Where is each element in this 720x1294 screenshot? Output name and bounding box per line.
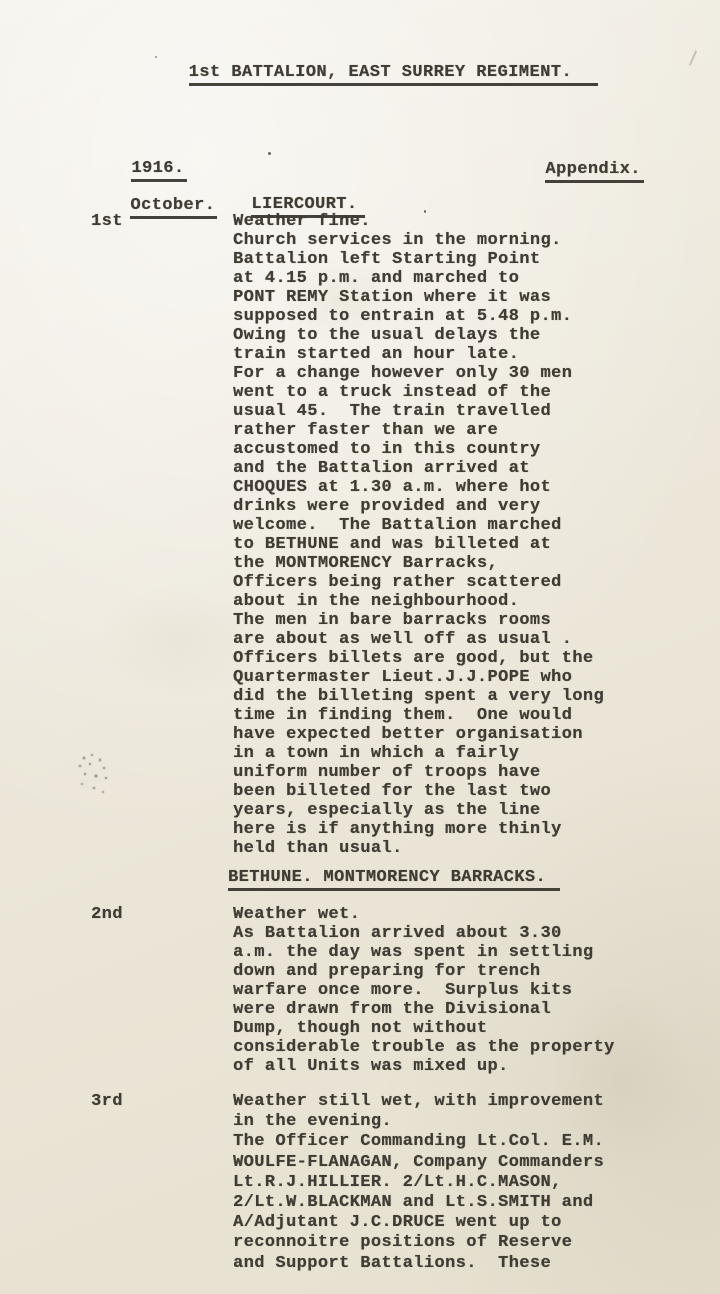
- entry-line: CHOQUES at 1.30 a.m. where hot: [233, 478, 604, 497]
- entry-line: have expected better organisation: [233, 725, 604, 744]
- entry-line: Battalion left Starting Point: [233, 250, 604, 269]
- entry-text-block: Weather still wet, with improvementin th…: [233, 1092, 604, 1274]
- month-text: October.: [130, 196, 217, 219]
- entry-line: uniform number of troops have: [233, 763, 604, 782]
- entry-line: supposed to entrain at 5.48 p.m.: [233, 307, 604, 326]
- document-title-text: 1st BATTALION, EAST SURREY REGIMENT.: [189, 63, 598, 86]
- entry-line: accustomed to in this country: [233, 440, 604, 459]
- document-title: 1st BATTALION, EAST SURREY REGIMENT.: [146, 44, 598, 105]
- entry-line: rather faster than we are: [233, 421, 604, 440]
- pencil-edge-mark: [689, 50, 697, 65]
- entry-line: Owing to the usual delays the: [233, 326, 604, 345]
- entry-line: down and preparing for trench: [233, 962, 615, 981]
- entry-line: Quartermaster Lieut.J.J.POPE who: [233, 668, 604, 687]
- entry-line: Weather fine.: [233, 212, 604, 231]
- entry-line: at 4.15 p.m. and marched to: [233, 269, 604, 288]
- entry-text-block: Weather fine.Church services in the morn…: [233, 212, 604, 858]
- entry-line: Weather wet.: [233, 905, 615, 924]
- entry-line: A/Adjutant J.C.DRUCE went up to: [233, 1213, 604, 1233]
- entry-line: PONT REMY Station where it was: [233, 288, 604, 307]
- entry-line: a.m. the day was spent in settling: [233, 943, 615, 962]
- entry-line: drinks were provided and very: [233, 497, 604, 516]
- entry-text-block: Weather wet.As Battalion arrived about 3…: [233, 905, 615, 1076]
- entry-line: about in the neighbourhood.: [233, 592, 604, 611]
- ink-speck: [268, 152, 271, 155]
- entry-line: Dump, though not without: [233, 1019, 615, 1038]
- entry-line: here is if anything more thinly: [233, 820, 604, 839]
- entry-line: As Battalion arrived about 3.30: [233, 924, 615, 943]
- entry-line: WOULFE-FLANAGAN, Company Commanders: [233, 1153, 604, 1173]
- entry-line: the MONTMORENCY Barracks,: [233, 554, 604, 573]
- entry-line: The men in bare barracks rooms: [233, 611, 604, 630]
- entry-line: train started an hour late.: [233, 345, 604, 364]
- entry-line: Officers billets are good, but the: [233, 649, 604, 668]
- entry-line: and Support Battalions. These: [233, 1254, 604, 1274]
- ink-speck: [155, 56, 157, 58]
- appendix-label: Appendix.: [503, 141, 644, 202]
- entry-line: went to a truck instead of the: [233, 383, 604, 402]
- war-diary-page: 1st BATTALION, EAST SURREY REGIMENT. 191…: [0, 0, 720, 1294]
- entry-date-label: 1st: [91, 212, 123, 231]
- entry-line: held than usual.: [233, 839, 604, 858]
- entry-line: Weather still wet, with improvement: [233, 1092, 604, 1112]
- entry-line: Lt.R.J.HILLIER. 2/Lt.H.C.MASON,: [233, 1173, 604, 1193]
- entry-line: of all Units was mixed up.: [233, 1057, 615, 1076]
- ink-speck: [424, 210, 426, 213]
- entry-line: considerable trouble as the property: [233, 1038, 615, 1057]
- entry-line: The Officer Commanding Lt.Col. E.M.: [233, 1132, 604, 1152]
- entry-line: reconnoitre positions of Reserve: [233, 1233, 604, 1253]
- entry-line: welcome. The Battalion marched: [233, 516, 604, 535]
- entry-line: were drawn from the Divisional: [233, 1000, 615, 1019]
- entry-line: Church services in the morning.: [233, 231, 604, 250]
- entry-line: are about as well off as usual .: [233, 630, 604, 649]
- entry-line: usual 45. The train travelled: [233, 402, 604, 421]
- entry-line: years, especially as the line: [233, 801, 604, 820]
- entry-line: warfare once more. Surplus kits: [233, 981, 615, 1000]
- entry-line: time in finding them. One would: [233, 706, 604, 725]
- appendix-text: Appendix.: [545, 160, 643, 183]
- entry-line: in the evening.: [233, 1112, 604, 1132]
- entry-line: 2/Lt.W.BLACKMAN and Lt.S.SMITH and: [233, 1193, 604, 1213]
- entry-line: For a change however only 30 men: [233, 364, 604, 383]
- entry-line: Officers being rather scattered: [233, 573, 604, 592]
- entry-line: been billeted for the last two: [233, 782, 604, 801]
- entry-line: did the billeting spent a very long: [233, 687, 604, 706]
- ink-smudge-stain: [70, 748, 116, 800]
- entry-line: and the Battalion arrived at: [233, 459, 604, 478]
- entry-date-label: 3rd: [91, 1092, 123, 1111]
- location-heading-bethune: BETHUNE. MONTMORENCY BARRACKS.: [228, 868, 560, 891]
- entry-line: to BETHUNE and was billeted at: [233, 535, 604, 554]
- location-heading-text: BETHUNE. MONTMORENCY BARRACKS.: [228, 868, 560, 891]
- entry-date-label: 2nd: [91, 905, 123, 924]
- entry-line: in a town in which a fairly: [233, 744, 604, 763]
